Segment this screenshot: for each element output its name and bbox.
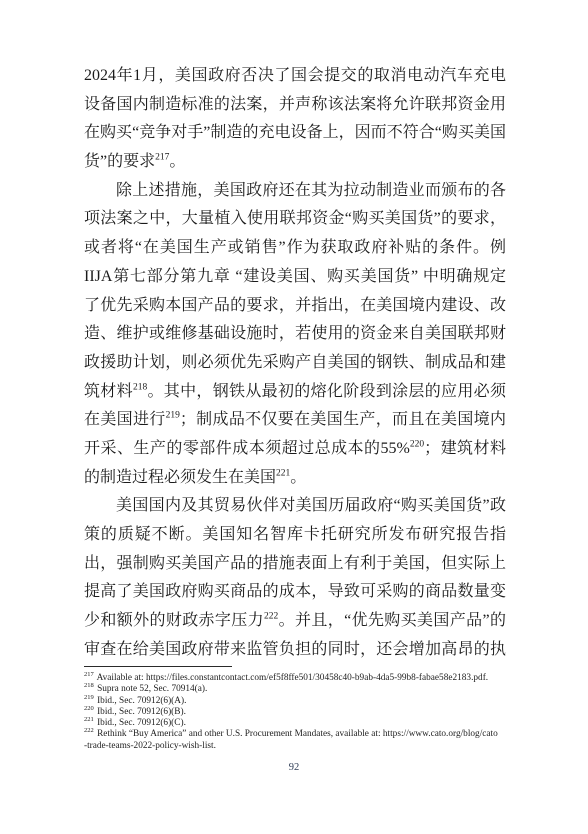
body-line: 造、维护或维修基础设施时，若使用的资金来自美国联邦财	[84, 320, 506, 349]
body-line: 在购买“竞争对手”制造的充电设备上，因而不符合“购买美国	[84, 119, 506, 148]
page-number: 92	[0, 762, 588, 773]
footnote-line: 220 Ibid., Sec. 70912(6)(B).	[84, 707, 524, 718]
footnote-line: 222 Rethink “Buy America” and other U.S.…	[84, 729, 524, 740]
body-line: 的制造过程必须发生在美国221。	[84, 464, 506, 493]
footnote-line: 221 Ibid., Sec. 70912(6)(C).	[84, 718, 524, 729]
body-line: 项法案之中，大量植入使用联邦资金“购买美国货”的要求，	[84, 205, 506, 234]
body-line: 少和额外的财政赤字压力222。并且，“优先购买美国产品”的	[84, 607, 506, 636]
footnote-line: 217 Available at: https://files.constant…	[84, 673, 524, 684]
footnote-line: 219 Ibid., Sec. 70912(6)(A).	[84, 696, 524, 707]
footnote-marker: 222	[84, 727, 94, 734]
footnote-ref: 218	[133, 382, 147, 392]
footnote-marker: 218	[84, 682, 94, 689]
footnote-ref: 220	[410, 440, 424, 450]
body-line: 在美国进行219；制成品不仅要在美国生产，而且在美国境内	[84, 406, 506, 435]
footnote-ref: 217	[155, 153, 169, 163]
body-line: 设备国内制造标准的法案，并声称该法案将允许联邦资金用	[84, 91, 506, 120]
body-line: 提高了美国政府购买商品的成本，导致可采购的商品数量变	[84, 578, 506, 607]
body-line: 2024年1月，美国政府否决了国会提交的取消电动汽车充电	[84, 62, 506, 91]
footnote-line: 218 Supra note 52, Sec. 70914(a).	[84, 684, 524, 695]
footnote-marker: 221	[84, 716, 94, 723]
body-line: 出，强制购买美国产品的措施表面上有利于美国，但实际上	[84, 550, 506, 579]
footnotes: 217 Available at: https://files.constant…	[84, 673, 524, 752]
footnote-ref: 222	[264, 612, 278, 622]
body-line: 筑材料218。其中，钢铁从最初的熔化阶段到涂层的应用必须	[84, 378, 506, 407]
body-line: 或者将“在美国生产或销售”作为获取政府补贴的条件。例如，	[84, 234, 506, 263]
body-line: 除上述措施，美国政府还在其为拉动制造业而颁布的各	[84, 177, 506, 206]
document-page: 2024年1月，美国政府否决了国会提交的取消电动汽车充电设备国内制造标准的法案，…	[0, 0, 588, 834]
document-body: 2024年1月，美国政府否决了国会提交的取消电动汽车充电设备国内制造标准的法案，…	[84, 62, 506, 664]
footnote-ref: 219	[166, 411, 180, 421]
footnote-marker: 217	[84, 671, 94, 678]
footnote-marker: 219	[84, 694, 94, 701]
footnote-separator	[84, 666, 232, 667]
body-line: 货”的要求217。	[84, 148, 506, 177]
body-line: 政援助计划，则必须优先采购产自美国的钢铁、制成品和建	[84, 349, 506, 378]
footnote-line: -trade-teams-2022-policy-wish-list.	[84, 741, 524, 752]
footnote-ref: 221	[276, 468, 290, 478]
body-line: 策的质疑不断。美国知名智库卡托研究所发布研究报告指	[84, 521, 506, 550]
body-line: 了优先采购本国产品的要求，并指出，在美国境内建设、改	[84, 292, 506, 321]
body-line: 审查在给美国政府带来监管负担的同时，还会增加高昂的执	[84, 636, 506, 665]
footnote-marker: 220	[84, 705, 94, 712]
body-line: IIJA第七部分第九章 “建设美国、购买美国货” 中明确规定	[84, 263, 506, 292]
body-line: 开采、生产的零部件成本须超过总成本的55%220；建筑材料	[84, 435, 506, 464]
body-line: 美国国内及其贸易伙伴对美国历届政府“购买美国货”政	[84, 492, 506, 521]
